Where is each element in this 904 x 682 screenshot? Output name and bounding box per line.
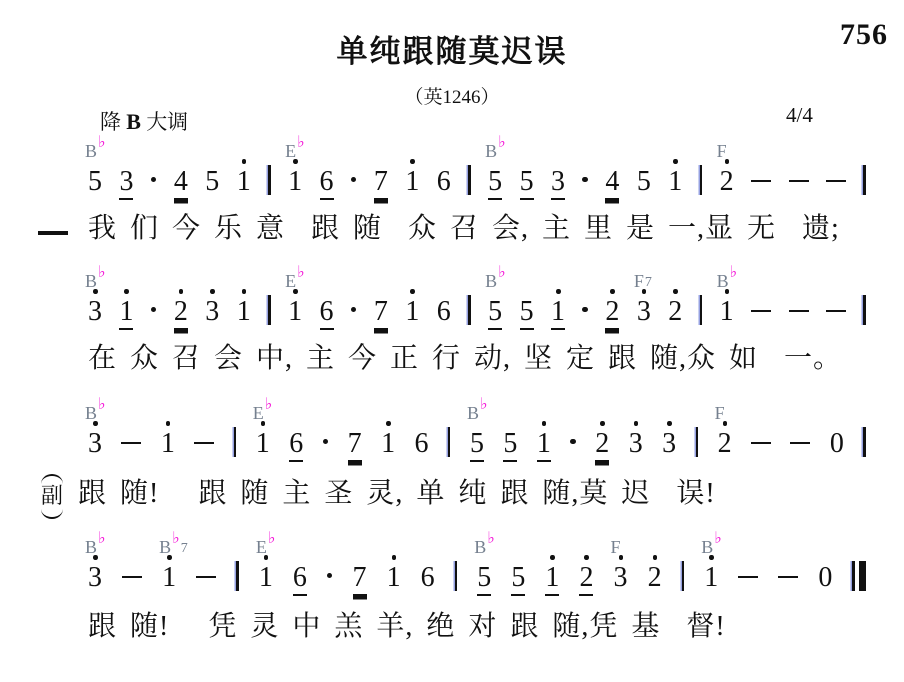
chord-symbol-F: F — [717, 142, 727, 160]
duration-dash — [778, 576, 798, 579]
note-2: 2 — [648, 564, 662, 592]
note-3: 3 — [205, 298, 219, 326]
barline — [700, 295, 703, 325]
note-5: 5 — [511, 564, 525, 596]
note-1: 1 — [405, 298, 419, 326]
chord-symbol-Bb: B♭ — [85, 272, 106, 290]
barline — [448, 427, 451, 457]
note-5: 5B♭ — [88, 168, 102, 196]
barline — [455, 561, 458, 591]
barline — [268, 165, 271, 195]
chord-symbol-F: F — [611, 538, 621, 556]
octave-dot — [410, 159, 415, 164]
lyric-line-3: 跟 随! 跟 随 主 圣 灵, 单 纯 跟 随,莫 迟 误! — [78, 477, 716, 511]
lyric-line-1: 我 们 今 乐 意 跟 随 众 召 会, 主 里 是 一,显 无 遗; — [88, 212, 840, 246]
octave-dot — [242, 289, 247, 294]
note-2: 2F — [718, 430, 732, 458]
octave-dot — [600, 421, 605, 426]
chord-symbol-Bb7: B♭7 — [159, 538, 188, 556]
verse-marker — [38, 231, 68, 235]
octave-dot — [610, 289, 615, 294]
octave-dot — [634, 421, 639, 426]
note-7: 7 — [374, 168, 388, 200]
octave-dot — [386, 421, 391, 426]
duration-dash — [789, 180, 809, 183]
music-line-4: 3B♭1B♭71E♭67165B♭5123F21B♭0 — [88, 556, 866, 596]
hymn-subtitle: （英1246） — [0, 82, 904, 109]
barline — [468, 165, 471, 195]
chord-symbol-F7: F7 — [634, 272, 652, 290]
note-2: 2 — [595, 430, 609, 462]
lyric-line-4: 跟 随! 凭 灵 中 羔 羊, 绝 对 跟 随,凭 基 督! — [88, 610, 726, 644]
paren-bottom-arc — [41, 509, 63, 519]
barline — [268, 295, 271, 325]
duration-dash — [194, 442, 214, 445]
augmentation-dot — [582, 177, 588, 183]
octave-dot — [210, 289, 215, 294]
octave-dot — [166, 421, 171, 426]
barline — [236, 561, 239, 591]
chord-symbol-Bb: B♭ — [85, 404, 106, 422]
chord-symbol-Bb: B♭ — [85, 142, 106, 160]
chord-symbol-Eb: E♭ — [285, 142, 305, 160]
duration-dash — [121, 442, 141, 445]
note-3: 3F7 — [637, 298, 651, 326]
note-6: 6 — [421, 564, 435, 592]
rest-note: 0 — [818, 564, 832, 592]
note-3: 3F — [614, 564, 628, 592]
note-1: 1B♭7 — [162, 564, 176, 592]
note-1: 1 — [161, 430, 175, 458]
note-1: 1E♭ — [259, 564, 273, 592]
chord-symbol-Eb: E♭ — [253, 404, 273, 422]
note-7: 7 — [353, 564, 367, 596]
barline — [234, 427, 237, 457]
augmentation-dot — [351, 307, 357, 313]
octave-dot — [542, 421, 547, 426]
note-6: 6 — [437, 168, 451, 196]
octave-dot — [673, 289, 678, 294]
note-6: 6 — [293, 564, 307, 596]
duration-dash — [738, 576, 758, 579]
augmentation-dot — [351, 177, 357, 183]
duration-dash — [751, 310, 771, 313]
augmentation-dot — [151, 307, 157, 313]
octave-dot — [392, 555, 397, 560]
barline — [863, 295, 866, 325]
key-suffix: 大调 — [146, 110, 188, 134]
octave-dot — [550, 555, 555, 560]
note-3: 3B♭ — [88, 564, 102, 592]
note-1: 1 — [668, 168, 682, 196]
note-7: 7 — [374, 298, 388, 330]
note-6: 6 — [415, 430, 429, 458]
note-3: 3 — [551, 168, 565, 200]
barline — [696, 427, 699, 457]
duration-dash — [751, 180, 771, 183]
hymn-number: 756 — [840, 18, 888, 52]
note-1: 1 — [237, 168, 251, 196]
duration-dash — [790, 442, 810, 445]
augmentation-dot — [327, 573, 333, 579]
note-5: 5B♭ — [488, 168, 502, 200]
music-line-2: 3B♭12311E♭67165B♭5123F721B♭ — [88, 290, 866, 330]
hymn-sheet: 单纯跟随莫迟误 756 （英1246） 降 B 大调 4/4 副 5B♭3451… — [0, 0, 904, 682]
note-1: 1 — [237, 298, 251, 326]
duration-dash — [751, 442, 771, 445]
chord-symbol-Bb: B♭ — [485, 142, 506, 160]
barline — [468, 295, 471, 325]
note-1: 1 — [537, 430, 551, 462]
lyric-line-2: 在 众 召 会 中, 主 今 正 行 动, 坚 定 跟 随,众 如 一。 — [88, 342, 842, 376]
note-5: 5B♭ — [470, 430, 484, 462]
octave-dot — [124, 289, 129, 294]
note-5: 5B♭ — [488, 298, 502, 330]
note-1: 1 — [119, 298, 133, 330]
duration-dash — [122, 576, 142, 579]
refrain-character: 副 — [41, 484, 63, 509]
note-6: 6 — [320, 298, 334, 330]
refrain-marker: 副 — [41, 474, 63, 519]
note-1: 1 — [405, 168, 419, 196]
note-3: 3 — [629, 430, 643, 458]
note-1: 1E♭ — [288, 298, 302, 326]
time-signature: 4/4 — [786, 103, 813, 128]
chord-symbol-Bb: B♭ — [85, 538, 106, 556]
note-1: 1E♭ — [256, 430, 270, 458]
note-1: 1B♭ — [720, 298, 734, 326]
note-2: 2 — [668, 298, 682, 326]
chord-symbol-Eb: E♭ — [256, 538, 276, 556]
barline — [863, 427, 866, 457]
duration-dash — [826, 180, 846, 183]
note-2: 2 — [174, 298, 188, 330]
note-2: 2F — [720, 168, 734, 196]
music-line-3: 3B♭11E♭67165B♭512332F0 — [88, 422, 866, 462]
note-6: 6 — [437, 298, 451, 326]
note-5: 5 — [637, 168, 651, 196]
octave-dot — [673, 159, 678, 164]
barline — [700, 165, 703, 195]
note-5: 5B♭ — [477, 564, 491, 596]
note-5: 5 — [205, 168, 219, 196]
chord-symbol-Bb: B♭ — [701, 538, 722, 556]
barline — [682, 561, 685, 591]
key-prefix: 降 — [100, 110, 121, 134]
note-5: 5 — [503, 430, 517, 462]
note-7: 7 — [348, 430, 362, 462]
octave-dot — [242, 159, 247, 164]
octave-dot — [179, 289, 184, 294]
octave-dot — [653, 555, 658, 560]
note-2: 2 — [579, 564, 593, 596]
augmentation-dot — [582, 307, 588, 313]
note-5: 5 — [520, 168, 534, 200]
note-1: 1 — [381, 430, 395, 458]
chord-symbol-Bb: B♭ — [467, 404, 488, 422]
chord-symbol-Bb: B♭ — [474, 538, 495, 556]
key-letter: B — [126, 109, 141, 134]
duration-dash — [789, 310, 809, 313]
note-2: 2 — [605, 298, 619, 330]
final-barline — [852, 561, 866, 591]
barline — [863, 165, 866, 195]
note-6: 6 — [289, 430, 303, 462]
augmentation-dot — [570, 439, 576, 445]
hymn-title: 单纯跟随莫迟误 — [0, 26, 904, 71]
duration-dash — [196, 576, 216, 579]
rest-note: 0 — [830, 430, 844, 458]
note-4: 4 — [174, 168, 188, 200]
note-3: 3 — [119, 168, 133, 200]
octave-dot — [410, 289, 415, 294]
chord-symbol-Bb: B♭ — [485, 272, 506, 290]
note-3: 3 — [662, 430, 676, 458]
note-1: 1 — [387, 564, 401, 592]
note-3: 3B♭ — [88, 430, 102, 458]
chord-symbol-F: F — [715, 404, 725, 422]
note-4: 4 — [605, 168, 619, 200]
augmentation-dot — [151, 177, 157, 183]
octave-dot — [556, 289, 561, 294]
note-3: 3B♭ — [88, 298, 102, 326]
duration-dash — [826, 310, 846, 313]
note-5: 5 — [520, 298, 534, 330]
note-1: 1 — [545, 564, 559, 596]
music-line-1: 5B♭34511E♭67165B♭534512F — [88, 160, 866, 200]
augmentation-dot — [323, 439, 329, 445]
chord-symbol-Bb: B♭ — [717, 272, 738, 290]
octave-dot — [584, 555, 589, 560]
note-1: 1B♭ — [704, 564, 718, 592]
octave-dot — [667, 421, 672, 426]
key-signature: 降 B 大调 — [100, 106, 188, 136]
chord-symbol-Eb: E♭ — [285, 272, 305, 290]
note-1: 1E♭ — [288, 168, 302, 196]
note-1: 1 — [551, 298, 565, 330]
note-6: 6 — [320, 168, 334, 200]
